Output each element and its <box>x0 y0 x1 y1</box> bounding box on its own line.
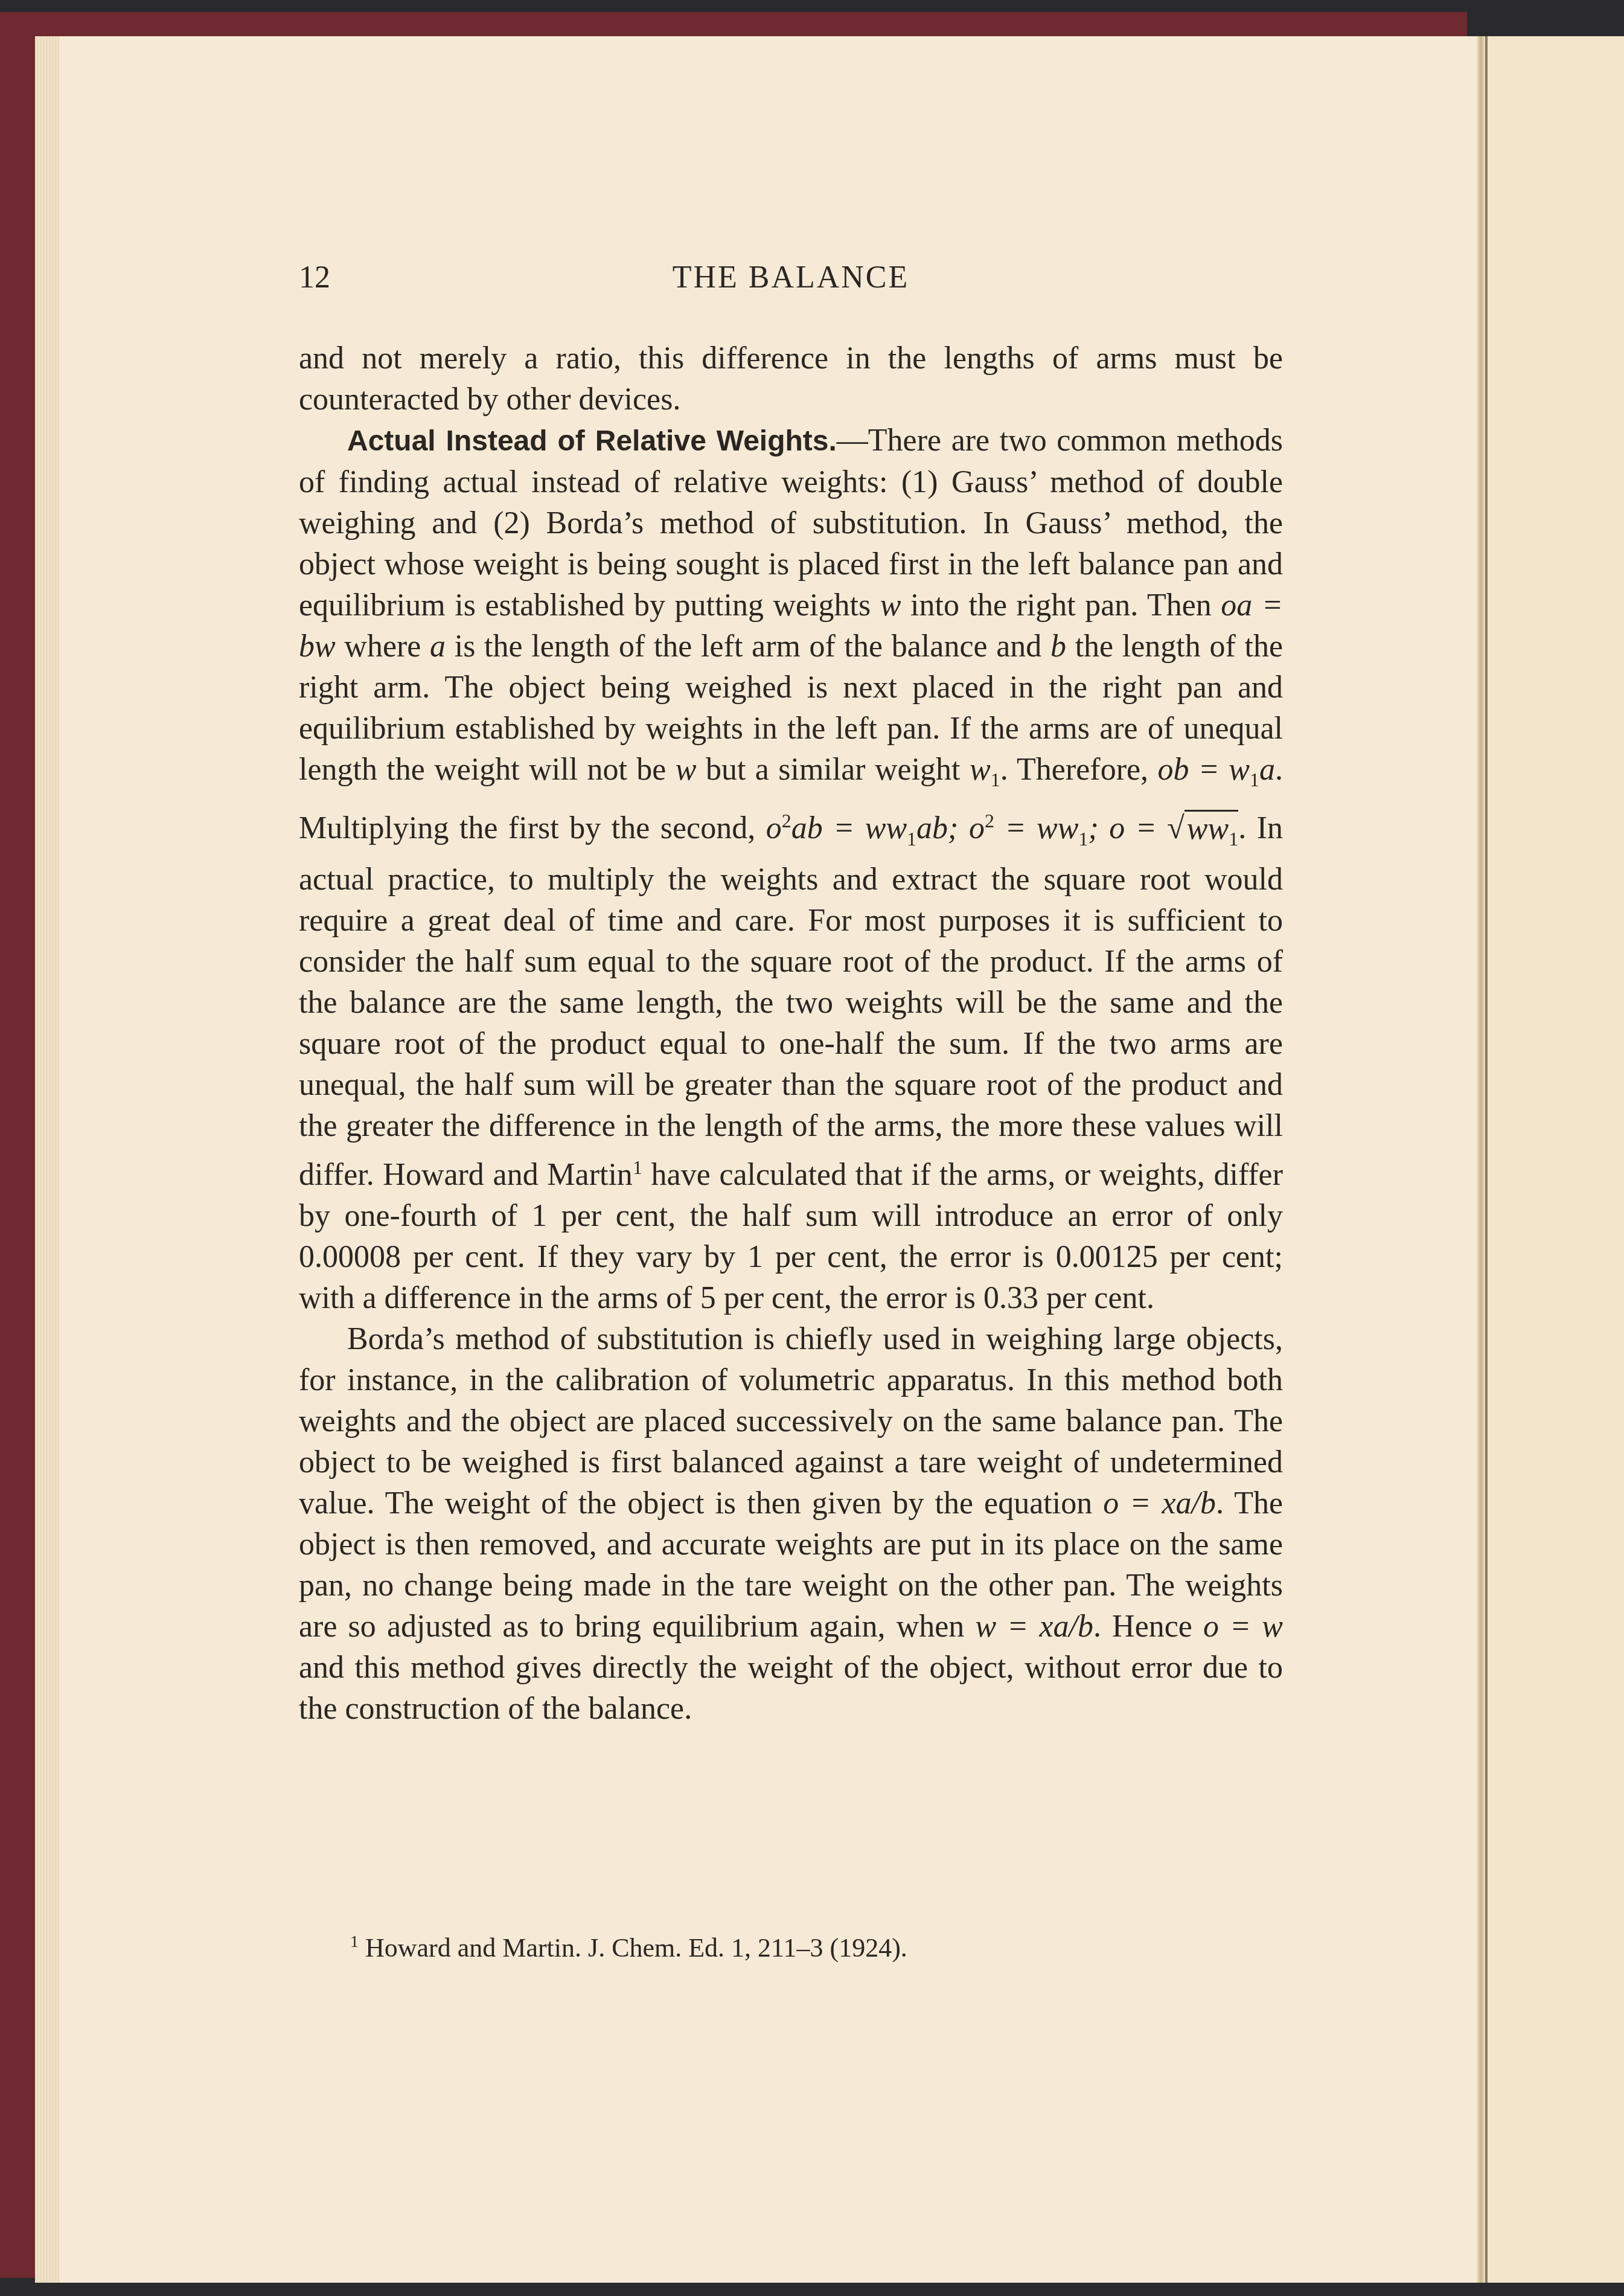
equation: o = xa/b <box>1103 1486 1216 1521</box>
paragraph-text: . In actual practice, to multiply the we… <box>299 812 1283 1193</box>
equation: ww <box>1187 812 1229 846</box>
square-root: ww1 <box>1184 810 1238 846</box>
math-var: b <box>1050 629 1066 664</box>
math-var: a <box>430 629 446 664</box>
paragraph-text: . Hence <box>1093 1609 1203 1644</box>
paragraph-2: Actual Instead of Relative Weights.—Ther… <box>299 420 1283 1319</box>
equation: ; o = √ <box>1088 812 1184 846</box>
math-var: w <box>676 752 697 787</box>
equation: o <box>766 812 782 846</box>
page-gutter <box>1477 36 1485 2283</box>
paragraph-text: . Therefore, <box>1000 752 1158 787</box>
page-header: 12 THE BALANCE <box>299 260 1283 302</box>
subscript: 1 <box>907 828 916 850</box>
superscript: 2 <box>985 810 994 832</box>
superscript: 2 <box>782 810 791 832</box>
math-var: w <box>970 752 991 787</box>
equation: = ww <box>994 812 1078 846</box>
equation: ; o <box>948 812 985 846</box>
running-title: THE BALANCE <box>299 260 1283 295</box>
body-text: and not merely a ratio, this difference … <box>299 338 1283 1730</box>
section-heading: Actual Instead of Relative Weights. <box>347 425 837 457</box>
subscript: 1 <box>1250 769 1259 790</box>
equation: ob = w <box>1157 752 1250 787</box>
equation: o = w <box>1203 1609 1283 1644</box>
equation: a <box>1259 752 1275 787</box>
subscript: 1 <box>1078 828 1088 850</box>
equation: w = xa/b <box>975 1609 1093 1644</box>
paragraph-text: and not merely a ratio, this difference … <box>299 341 1283 417</box>
subscript: 1 <box>991 769 1000 790</box>
equation: ab = ww <box>791 812 907 846</box>
paragraph-text: but a similar weight <box>697 752 970 787</box>
subscript: 1 <box>1229 828 1238 850</box>
page-stack-edges <box>35 36 59 2283</box>
paragraph-text: where <box>336 629 430 664</box>
facing-page-edge <box>1485 36 1624 2283</box>
footnote-marker: 1 <box>350 1932 359 1951</box>
paragraph-text: into the right pan. Then <box>901 588 1221 623</box>
equation: ab <box>916 812 948 846</box>
paragraph-text: and this method gives directly the weigh… <box>299 1650 1283 1726</box>
cover-edge-top <box>0 0 1624 12</box>
footnote: 1 Howard and Martin. J. Chem. Ed. 1, 211… <box>350 1932 907 1963</box>
footnote-text: Howard and Martin. J. Chem. Ed. 1, 211–3… <box>359 1933 907 1963</box>
paragraph-text: is the length of the left arm of the bal… <box>446 629 1050 664</box>
paragraph-1: and not merely a ratio, this difference … <box>299 338 1283 420</box>
footnote-ref: 1 <box>633 1156 642 1178</box>
paragraph-3: Borda’s method of substitution is chiefl… <box>299 1319 1283 1730</box>
math-var: w <box>880 588 901 623</box>
